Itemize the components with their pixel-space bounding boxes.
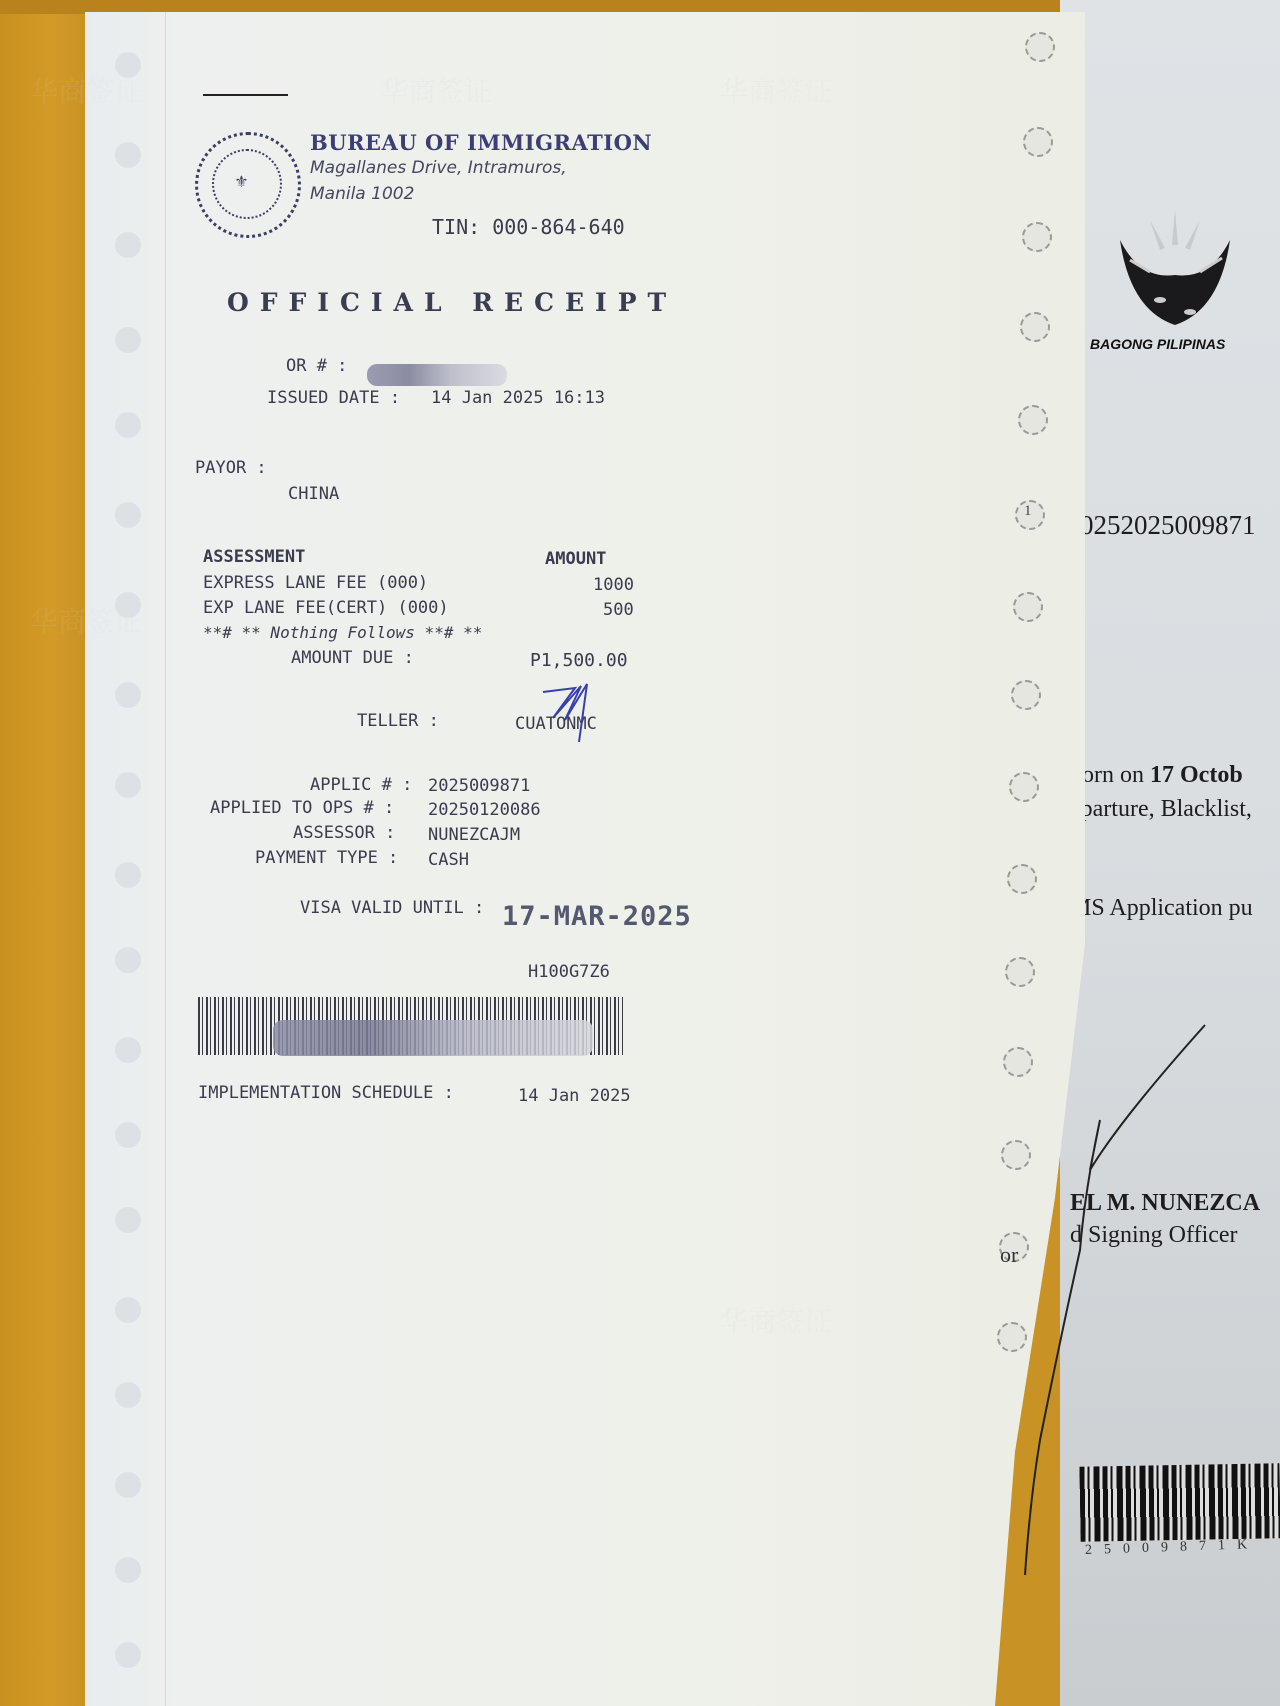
feed-hole: [1013, 592, 1043, 622]
feed-hole: [115, 1642, 141, 1668]
logo-caption: BAGONG PILIPINAS: [1090, 336, 1225, 352]
agency-name: BUREAU OF IMMIGRATION: [310, 130, 652, 155]
nothing-follows: **# ** Nothing Follows **# **: [203, 623, 482, 642]
watermark: 华商签证: [30, 600, 142, 640]
visa-valid-label: VISA VALID UNTIL :: [300, 898, 484, 918]
watermark: 华商签证: [30, 70, 142, 110]
ops-value: 20250120086: [428, 800, 541, 820]
amount-due-value: P1,500.00: [530, 650, 628, 671]
assessment-item-label: EXPRESS LANE FEE (000): [203, 573, 428, 593]
feed-hole: [1018, 405, 1048, 435]
implementation-schedule-value: 14 Jan 2025: [518, 1086, 631, 1106]
feed-hole: [115, 772, 141, 798]
assessor-value: NUNEZCAJM: [428, 825, 520, 845]
feed-hole: [1023, 127, 1053, 157]
watermark: 华商签证: [720, 70, 832, 110]
feed-hole: [1020, 312, 1050, 342]
assessment-item-label: EXP LANE FEE(CERT) (000): [203, 598, 449, 618]
birth-date: 17 Octob: [1150, 762, 1243, 788]
feed-hole: [115, 1382, 141, 1408]
agency-address-2: Manila 1002: [310, 184, 414, 204]
issued-date-value: 14 Jan 2025 16:13: [431, 388, 605, 408]
feed-hole: [115, 327, 141, 353]
barcode-redacted: [273, 1020, 593, 1056]
feed-hole: [1005, 957, 1035, 987]
feed-hole: [1007, 864, 1037, 894]
assessment-item-amount: 1000: [593, 575, 634, 595]
ops-label: APPLIED TO OPS # :: [210, 798, 394, 818]
feed-hole: [1009, 772, 1039, 802]
payor-value: CHINA: [288, 484, 339, 504]
official-receipt: 1 or ⚜ BUREAU OF IMMIGRATION Magallanes …: [85, 12, 1085, 1706]
feed-hole: [115, 1037, 141, 1063]
feed-hole: [115, 1297, 141, 1323]
receipt-code: H100G7Z6: [528, 962, 610, 982]
assessor-label: ASSESSOR :: [293, 823, 395, 843]
watermark: 华商签证: [720, 1300, 832, 1340]
amount-due-label: AMOUNT DUE :: [291, 648, 414, 668]
watermark: 华商签证: [380, 70, 492, 110]
feed-hole: [1025, 32, 1055, 62]
feed-hole: [1022, 222, 1052, 252]
or-number-redacted: [367, 364, 507, 386]
amount-header: AMOUNT: [545, 549, 606, 569]
reference-number: 0252025009871: [1080, 510, 1256, 541]
receipt-title: OFFICIAL RECEIPT: [227, 288, 677, 317]
birth-line: born on 17 Octob: [1070, 762, 1243, 789]
implementation-schedule-label: IMPLEMENTATION SCHEDULE :: [198, 1083, 454, 1103]
feed-hole: [115, 502, 141, 528]
teller-signature-icon: [535, 680, 615, 750]
bagong-pilipinas-logo-icon: [1110, 200, 1240, 330]
visa-valid-value: 17-MAR-2025: [502, 901, 692, 932]
tin: TIN: 000-864-640: [432, 215, 625, 239]
or-label: OR # :: [286, 356, 347, 376]
feed-hole: [115, 947, 141, 973]
assessment-item-amount: 500: [603, 600, 634, 620]
clearance-line: eparture, Blacklist,: [1070, 796, 1252, 823]
feed-hole: [115, 1207, 141, 1233]
payor-label: PAYOR :: [195, 458, 267, 478]
officer-signature-icon: [1000, 1020, 1220, 1580]
tractor-feed-strip: [85, 12, 166, 1706]
application-line: MS Application pu: [1070, 895, 1253, 922]
feed-hole: 1: [1015, 500, 1045, 530]
feed-hole: [115, 232, 141, 258]
top-rule: [203, 94, 288, 96]
feed-hole: [115, 682, 141, 708]
payment-type-label: PAYMENT TYPE :: [255, 848, 398, 868]
teller-label: TELLER :: [357, 711, 439, 731]
agency-address-1: Magallanes Drive, Intramuros,: [310, 158, 567, 178]
feed-hole: [115, 1557, 141, 1583]
circled-marker: 1: [1024, 503, 1032, 520]
feed-hole: [115, 1122, 141, 1148]
feed-hole: [1011, 680, 1041, 710]
applic-value: 2025009871: [428, 776, 530, 796]
payment-type-value: CASH: [428, 850, 469, 870]
feed-hole: [115, 142, 141, 168]
assessment-header: ASSESSMENT: [203, 547, 305, 567]
issued-date-label: ISSUED DATE :: [267, 388, 400, 408]
feed-hole: [115, 862, 141, 888]
bureau-seal-icon: ⚜: [195, 132, 301, 238]
feed-hole: [115, 1472, 141, 1498]
feed-hole: [115, 412, 141, 438]
applic-label: APPLIC # :: [310, 775, 412, 795]
